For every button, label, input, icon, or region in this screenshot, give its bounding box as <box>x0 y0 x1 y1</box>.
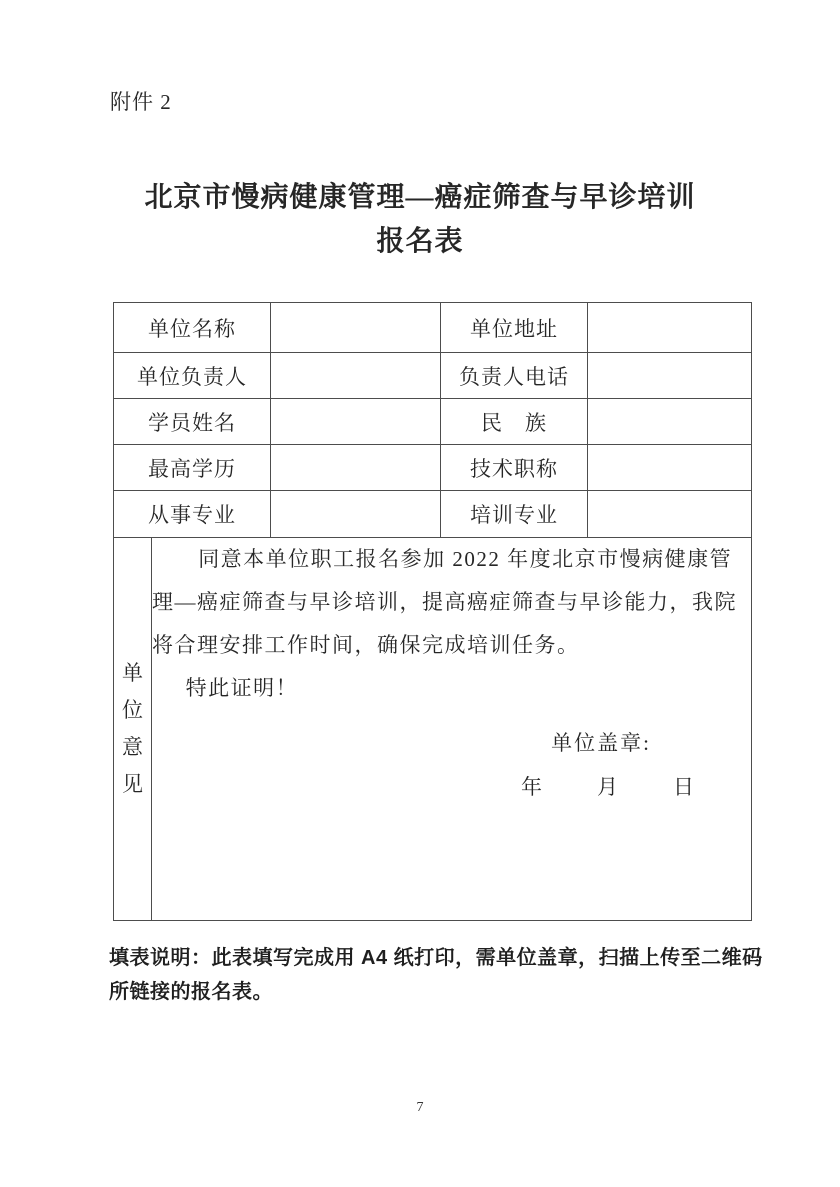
title-line-2: 报名表 <box>0 220 840 264</box>
label-student-name: 学员姓名 <box>114 399 271 445</box>
unit-seal-label: 单位盖章: <box>152 727 751 757</box>
value-unit-head <box>271 353 441 399</box>
label-head-phone: 负责人电话 <box>441 353 588 399</box>
value-ethnicity <box>588 399 752 445</box>
label-technical-title: 技术职称 <box>441 445 588 491</box>
unit-opinion-header-char: 见 <box>114 766 151 803</box>
date-day-label: 日 <box>673 771 694 801</box>
label-unit-address: 单位地址 <box>441 303 588 353</box>
certify-statement: 特此证明！ <box>152 667 751 710</box>
label-profession: 从事专业 <box>114 491 271 538</box>
value-profession <box>271 491 441 538</box>
label-ethnicity: 民 族 <box>441 399 588 445</box>
page-number: 7 <box>0 1100 840 1116</box>
document-title: 北京市慢病健康管理—癌症筛查与早诊培训 报名表 <box>0 176 840 264</box>
label-unit-name: 单位名称 <box>114 303 271 353</box>
table-row-student-name: 学员姓名 民 族 <box>114 399 752 445</box>
attachment-label: 附件 2 <box>110 86 172 116</box>
value-student-name <box>271 399 441 445</box>
date-year-label: 年 <box>521 771 542 801</box>
form-filling-note: 填表说明：此表填写完成用 A4 纸打印，需单位盖章，扫描上传至二维码所链接的报名… <box>109 941 771 1009</box>
document-page: 附件 2 北京市慢病健康管理—癌症筛查与早诊培训 报名表 单位名称 单位地址 单… <box>0 0 840 1187</box>
value-head-phone <box>588 353 752 399</box>
unit-opinion-header-char: 单 <box>114 655 151 692</box>
value-unit-address <box>588 303 752 353</box>
value-technical-title <box>588 445 752 491</box>
table-row-unit-opinion: 单 位 意 见 同意本单位职工报名参加 2022 年度北京市慢病健康管理—癌症筛… <box>114 538 752 921</box>
table-row-profession: 从事专业 培训专业 <box>114 491 752 538</box>
label-unit-head: 单位负责人 <box>114 353 271 399</box>
registration-form-table: 单位名称 单位地址 单位负责人 负责人电话 学员姓名 民 族 最高学历 技术职 <box>113 302 752 921</box>
unit-opinion-cell: 同意本单位职工报名参加 2022 年度北京市慢病健康管理—癌症筛查与早诊培训，提… <box>152 538 752 921</box>
table-row-unit-name: 单位名称 单位地址 <box>114 303 752 353</box>
title-line-1: 北京市慢病健康管理—癌症筛查与早诊培训 <box>0 176 840 220</box>
value-unit-name <box>271 303 441 353</box>
date-month-label: 月 <box>597 771 618 801</box>
value-training-major <box>588 491 752 538</box>
label-training-major: 培训专业 <box>441 491 588 538</box>
unit-opinion-header: 单 位 意 见 <box>114 538 152 921</box>
opinion-paragraph: 同意本单位职工报名参加 2022 年度北京市慢病健康管理—癌症筛查与早诊培训，提… <box>152 538 751 667</box>
date-line: 年 月 日 <box>152 771 751 801</box>
table-row-unit-head: 单位负责人 负责人电话 <box>114 353 752 399</box>
label-education: 最高学历 <box>114 445 271 491</box>
unit-opinion-header-char: 位 <box>114 692 151 729</box>
table-row-education: 最高学历 技术职称 <box>114 445 752 491</box>
value-education <box>271 445 441 491</box>
unit-opinion-header-char: 意 <box>114 729 151 766</box>
